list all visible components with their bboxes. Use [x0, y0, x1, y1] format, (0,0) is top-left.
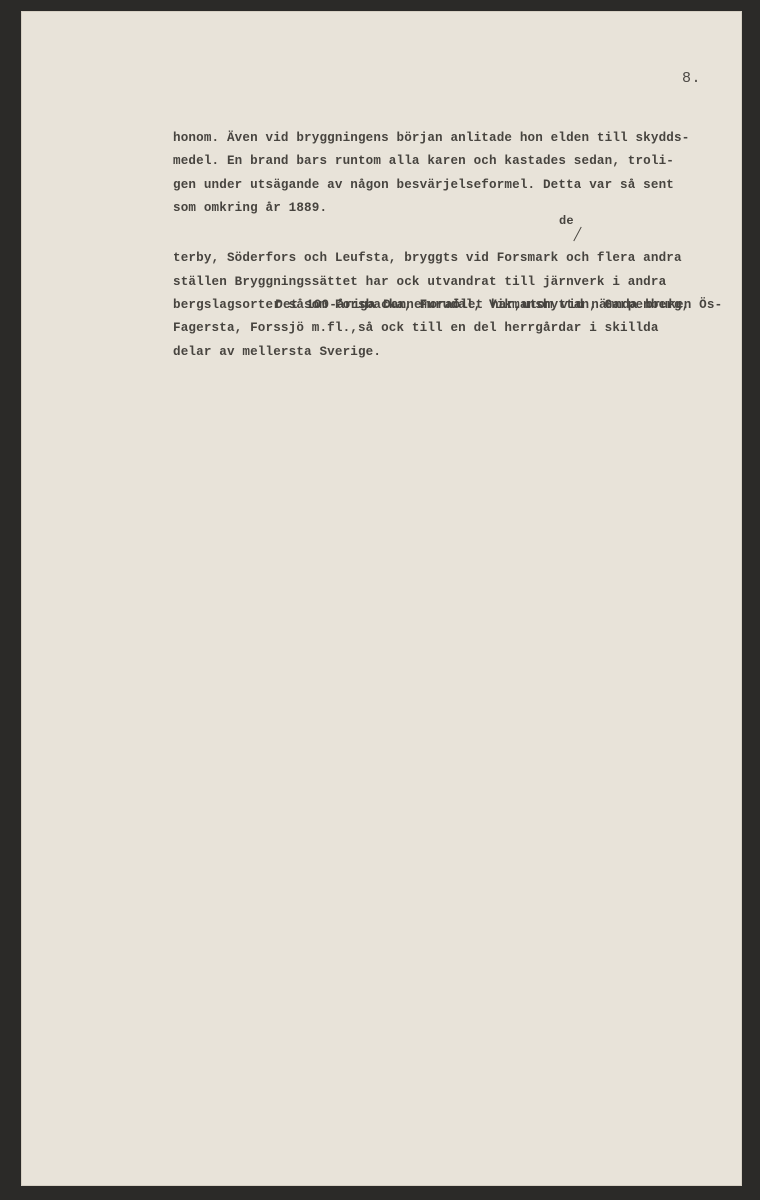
page-number: 8. [682, 70, 701, 87]
text-line: bergslagsorter såsom Forsbacka, Furudal,… [173, 294, 733, 317]
text-line: terby, Söderfors och Leufsta, bryggts vi… [173, 247, 733, 270]
text-line: honom. Även vid bryggningens början anli… [173, 127, 733, 150]
text-line: som omkring år 1889. [173, 197, 733, 220]
document-body: honom. Även vid bryggningens början anli… [173, 127, 733, 364]
text-line: medel. En brand bars runtom alla karen o… [173, 150, 733, 173]
insertion-mark-icon [573, 227, 581, 242]
text-line-with-insertion: de Det 100-åriga Dannemoraölet har,utom … [173, 224, 733, 247]
text-line: gen under utsägande av någon besvärjelse… [173, 174, 733, 197]
text-line: Fagersta, Forssjö m.fl.,så ock till en d… [173, 317, 733, 340]
paragraph-2: de Det 100-åriga Dannemoraölet har,utom … [173, 224, 733, 364]
paragraph-1: honom. Även vid bryggningens början anli… [173, 127, 733, 220]
text-line: delar av mellersta Sverige. [173, 341, 733, 364]
text-line: ställen Bryggningssättet har ock utvandr… [173, 271, 733, 294]
handwritten-insertion: de [559, 210, 574, 233]
